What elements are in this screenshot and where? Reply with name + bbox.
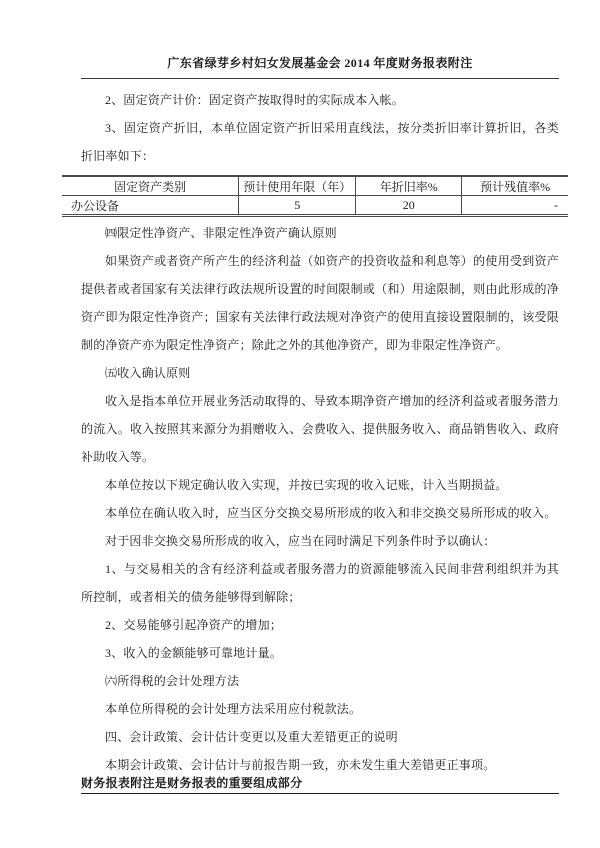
- section-heading-income-tax: ㈥所得税的会计处理方法: [81, 667, 559, 695]
- table-header-row: 固定资产类别 预计使用年限（年） 年折旧率% 预计残值率%: [62, 176, 568, 196]
- paragraph-condition-3: 3、收入的金额能够可靠地计量。: [81, 639, 559, 667]
- paragraph-exchange-vs-nonexchange: 本单位在确认收入时，应当区分交换交易所形成的收入和非交换交易所形成的收入。: [81, 499, 559, 527]
- paragraph-condition-1: 1、与交易相关的含有经济利益或者服务潜力的资源能够流入民间非营利组织并为其所控制…: [81, 555, 559, 611]
- paragraph-fixed-asset-valuation: 2、固定资产计价：固定资产按取得时的实际成本入帐。: [81, 86, 559, 114]
- footer-note: 财务报表附注是财务报表的重要组成部分: [81, 775, 559, 794]
- paragraph-revenue-definition: 收入是指本单位开展业务活动取得的、导致本期净资产增加的经济利益或者服务潜力的流入…: [81, 387, 559, 471]
- document-page: 广东省绿芽乡村妇女发展基金会 2014 年度财务报表附注 2、固定资产计价：固定…: [0, 0, 600, 848]
- section-heading-revenue-recognition: ㈤收入确认原则: [81, 359, 559, 387]
- paragraph-restricted-net-assets-definition: 如果资产或者资产所产生的经济利益（如资产的投资收益和利息等）的使用受到资产提供者…: [81, 247, 559, 359]
- cell-asset-category: 办公设备: [62, 196, 239, 216]
- depreciation-table: 固定资产类别 预计使用年限（年） 年折旧率% 预计残值率% 办公设备 5 20 …: [62, 175, 568, 217]
- table-row: 办公设备 5 20 -: [62, 196, 568, 216]
- section-heading-policy-changes: 四、会计政策、会计估计变更以及重大差错更正的说明: [81, 723, 559, 751]
- column-header-asset-category: 固定资产类别: [62, 176, 239, 196]
- cell-annual-rate: 20: [356, 196, 462, 216]
- document-content: 广东省绿芽乡村妇女发展基金会 2014 年度财务报表附注 2、固定资产计价：固定…: [81, 56, 559, 779]
- cell-residual-rate: -: [462, 196, 568, 216]
- paragraph-income-tax-method: 本单位所得税的会计处理方法采用应付税款法。: [81, 695, 559, 723]
- column-header-annual-rate: 年折旧率%: [356, 176, 462, 196]
- paragraph-depreciation-method: 3、固定资产折旧，本单位固定资产折旧采用直线法，按分类折旧率计算折旧，各类折旧率…: [81, 114, 559, 170]
- paragraph-revenue-realization: 本单位按以下规定确认收入实现，并按已实现的收入记账，计入当期损益。: [81, 471, 559, 499]
- document-body: 2、固定资产计价：固定资产按取得时的实际成本入帐。 3、固定资产折旧，本单位固定…: [81, 86, 559, 779]
- paragraph-nonexchange-conditions-intro: 对于因非交换交易所形成的收入，应当在同时满足下列条件时予以确认：: [81, 527, 559, 555]
- column-header-residual-rate: 预计残值率%: [462, 176, 568, 196]
- cell-useful-life: 5: [239, 196, 356, 216]
- section-heading-restricted-net-assets: ㈣限定性净资产、非限定性净资产确认原则: [81, 219, 559, 247]
- paragraph-condition-2: 2、交易能够引起净资产的增加；: [81, 611, 559, 639]
- column-header-useful-life: 预计使用年限（年）: [239, 176, 356, 196]
- page-title: 广东省绿芽乡村妇女发展基金会 2014 年度财务报表附注: [81, 56, 559, 79]
